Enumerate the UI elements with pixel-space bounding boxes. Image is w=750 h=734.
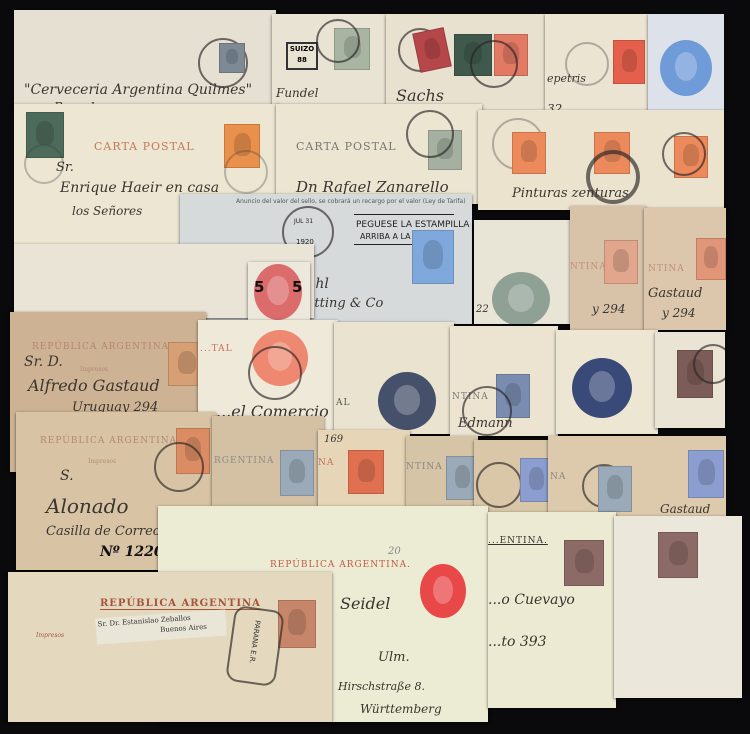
wrapper-subtitle: Impresos: [80, 366, 108, 373]
handwriting: 20: [388, 546, 401, 557]
handwriting: Edmann: [458, 416, 513, 431]
envelope-title: ...TAL: [200, 344, 233, 354]
wrapper-grey-3: [474, 440, 556, 516]
envelope-blue-cut: [648, 14, 724, 120]
envelope-title: AL: [336, 398, 350, 408]
wrapper-sachs: Sachs: [386, 14, 546, 110]
wrapper-title: NTINA: [648, 264, 685, 274]
wrapper-gastaud-3: NA Gastaud: [548, 436, 726, 520]
stamp-blue-oval: [660, 40, 712, 96]
handwriting: epetris: [547, 72, 586, 85]
envelope-dark-blue-2: [556, 330, 658, 434]
slogan-rule-top: [354, 214, 454, 215]
postmark: [248, 346, 302, 400]
postmark-parana: PARANA E.R.: [225, 605, 285, 687]
letter-card-top-left: "Cerveceria Argentina Quilmes" Bernal ..…: [14, 10, 276, 110]
postmark-monte: [693, 344, 725, 384]
wrapper-title: REPÚBLICA ARGENTINA: [100, 598, 261, 610]
wrapper-title: NA: [550, 472, 566, 482]
wrapper-title: NTINA: [406, 462, 443, 472]
stamp-orange: [512, 132, 546, 174]
stamp-red-oval: [420, 564, 466, 618]
wrapper-subtitle: Impresos: [88, 458, 116, 465]
stamp-grey-blue: [280, 450, 314, 496]
wrapper-title: REPÚBLICA ARGENTINA: [32, 342, 169, 352]
stamp-brown: [658, 532, 698, 578]
wrapper-zeballos: REPÚBLICA ARGENTINA Impresos Sr. Dr. Est…: [8, 572, 332, 722]
postmark: [662, 132, 706, 176]
handwriting: y 294: [592, 302, 626, 316]
stamp-red-brown: [412, 27, 452, 73]
wrapper-title: NTINA: [570, 262, 607, 272]
postmark: [470, 40, 518, 88]
stamp-brown: [564, 540, 604, 586]
handwriting: Casilla de Correo: [46, 524, 161, 539]
surcharge-cut: 5 5: [248, 262, 310, 320]
stamp-red: [613, 40, 645, 84]
postmark-box: SUIZO 88: [286, 42, 318, 70]
card-brown: [655, 332, 725, 428]
wrapper-brown-2: [614, 516, 742, 698]
handwriting: Seidel: [340, 594, 390, 613]
wrapper-title: RGENTINA: [214, 456, 274, 466]
postmark: [154, 442, 204, 492]
handwriting: Alonado: [46, 494, 129, 518]
handwriting: Sr. D.: [24, 354, 63, 370]
handwriting: Alfredo Gastaud: [28, 376, 160, 395]
handwriting: Württemberg: [360, 702, 442, 716]
card-title: CARTA POSTAL: [296, 140, 397, 153]
stamp-blue: [219, 43, 245, 73]
wrapper-grey-1: RGENTINA: [212, 416, 324, 506]
small-print: Anuncio del valor del sello, se cobrará …: [236, 198, 466, 205]
surcharge-right: 5: [292, 278, 302, 296]
card-title: CARTA POSTAL: [94, 140, 195, 153]
wrapper-169: 169 NA: [318, 430, 410, 512]
envelope-dark-blue-1: AL: [334, 322, 454, 434]
stamp-tan: [278, 600, 316, 648]
stamp-pink-orange: [604, 240, 638, 284]
surcharge-left: 5: [254, 278, 264, 296]
handwriting: los Señores: [72, 204, 142, 218]
stamp-blue-grey: [688, 450, 724, 498]
handwriting: "Cerveceria Argentina Quilmes": [24, 82, 252, 98]
wrapper-title: REPÚBLICA ARGENTINA: [40, 436, 177, 446]
postmark: [224, 150, 268, 194]
handwriting: Sachs: [396, 86, 444, 105]
postmark: [476, 462, 522, 508]
handwriting: y 294: [662, 306, 696, 320]
stamp-grey-blue: [598, 466, 632, 512]
handwriting: Ulm.: [378, 650, 410, 665]
handwriting: ...o Cuevayo: [488, 592, 575, 608]
stamp-blue: [412, 230, 454, 284]
wrapper-title: REPÚBLICA ARGENTINA.: [270, 560, 411, 570]
wrapper-title: NA: [318, 458, 334, 468]
stamp-pink-orange: [696, 238, 726, 280]
handwriting: ...tting & Co: [302, 296, 383, 311]
stamp-red-orange: [348, 450, 384, 494]
wrapper-gastaud-1: NTINA y 294: [570, 206, 646, 330]
wrapper-gastaud-2: NTINA Gastaud y 294: [644, 208, 726, 330]
stamp-grey-green-oval: [492, 272, 550, 324]
card-capital: SUIZO 88 Fundel: [272, 14, 390, 110]
handwriting: ...to 393: [488, 634, 547, 650]
handwriting: 22: [476, 304, 489, 315]
stamp-dark-blue-oval: [378, 372, 436, 430]
postmark-date: JUL 31: [294, 218, 313, 225]
wrapper-subtitle: Impresos: [36, 632, 64, 639]
handwriting: Fundel: [276, 86, 318, 100]
handwriting: Gastaud: [648, 286, 702, 301]
handwriting: S.: [60, 468, 74, 484]
wrapper-edmann: NTINA Edmann: [450, 326, 558, 436]
postmark-clasificacion: [406, 110, 454, 158]
slogan-line-1: PEGUESE LA ESTAMPILLA: [356, 220, 469, 230]
handwriting: 169: [324, 434, 343, 445]
carta-postal-2: CARTA POSTAL Dn Rafael Zanarello: [276, 104, 482, 204]
address-label: Sr. Dr. Estanislao Zeballos Buenos Aires: [95, 609, 226, 644]
wrapper-brown-half: ...ENTINA. ...o Cuevayo ...to 393: [488, 512, 616, 708]
stamp-dark-blue-oval: [572, 358, 632, 418]
handwriting: Pinturas zenturas: [512, 186, 629, 201]
card-orange-1: Pinturas zenturas: [478, 110, 724, 210]
handwriting: Hirschstraße 8.: [338, 680, 425, 693]
wrapper-title: ...ENTINA.: [488, 536, 548, 546]
handwriting: Gastaud: [660, 502, 710, 516]
envelope-orange: ...TAL ...el Comercio: [198, 320, 338, 430]
card-32: epetris 32: [545, 14, 651, 114]
handwriting: Nº 1220: [100, 544, 164, 560]
label-line-2: Buenos Aires: [160, 623, 207, 634]
postmark-capital: [316, 19, 360, 63]
wrapper-grey-2: NTINA: [406, 436, 478, 514]
handwriting: Sr.: [56, 160, 74, 175]
